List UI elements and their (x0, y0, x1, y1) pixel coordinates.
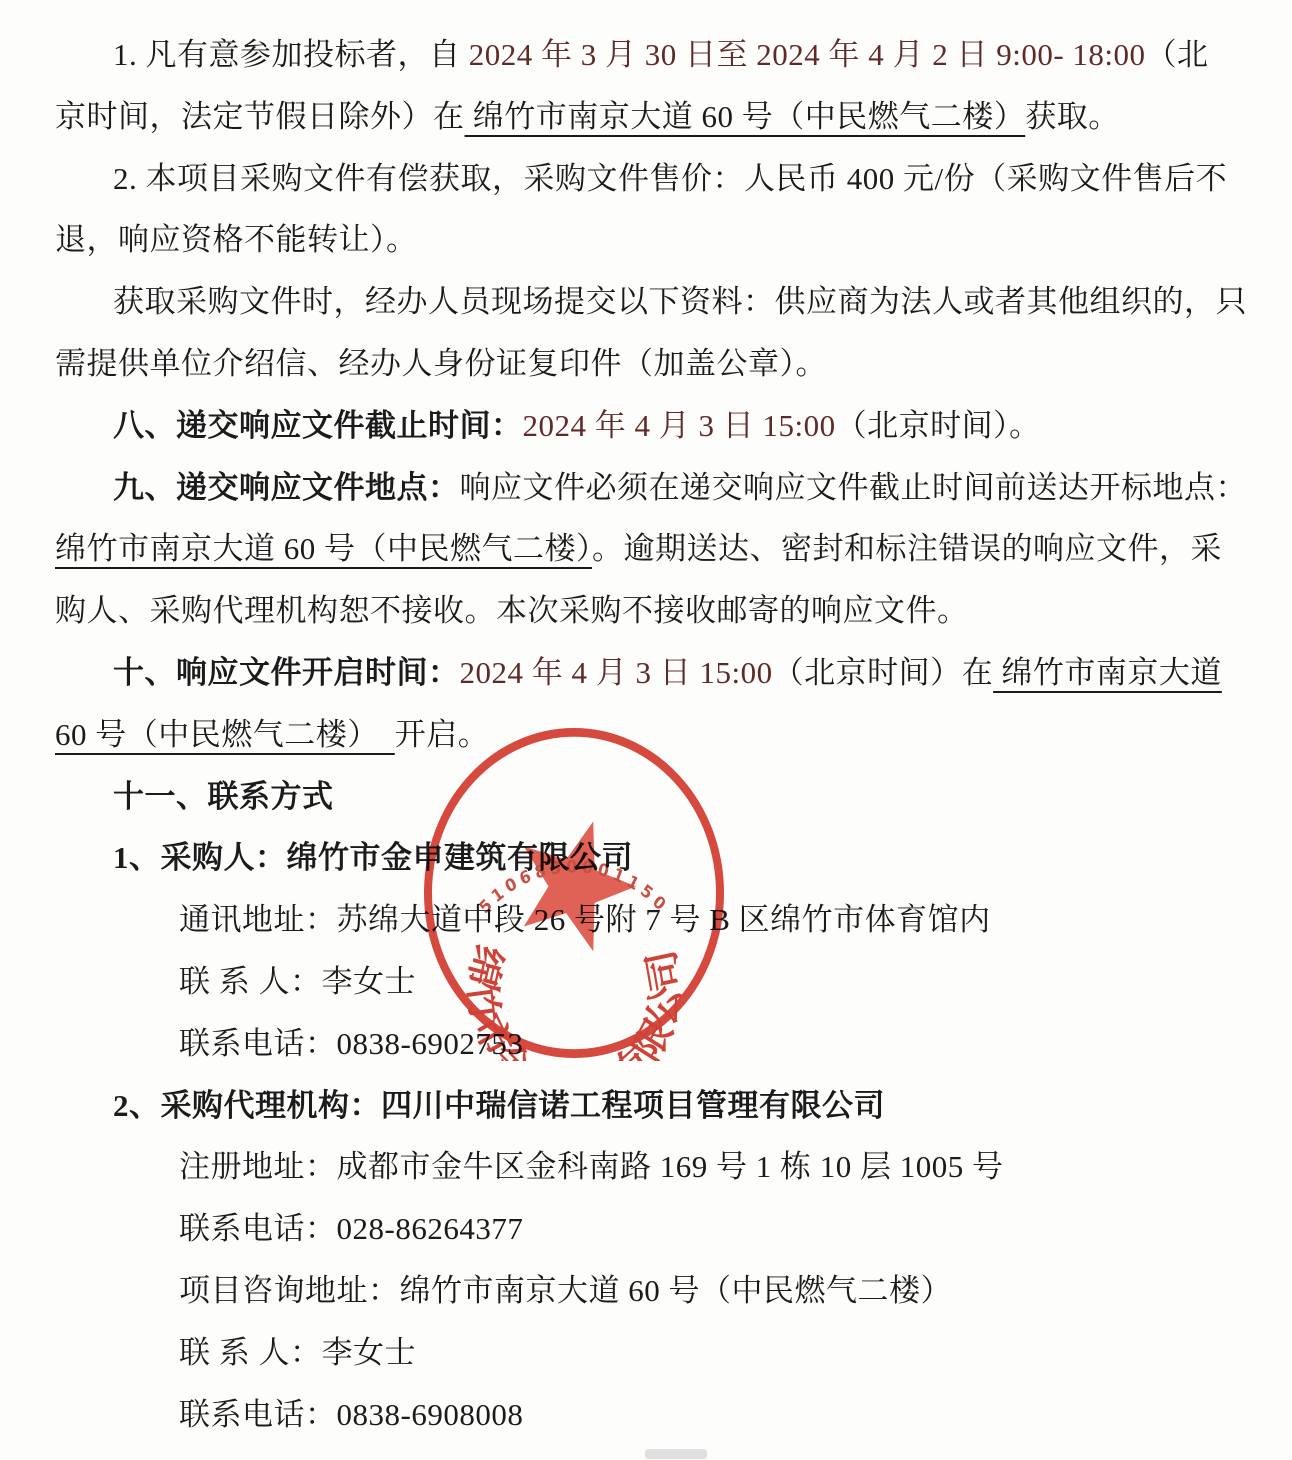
company-seal: 绵竹市金申建筑有限公司 5106830001150 (414, 725, 734, 1061)
text-line: 需提供单位介绍信、经办人身份证复印件（加盖公章）。 (0, 333, 1292, 395)
text-segment-normal: （北 (1146, 37, 1209, 72)
text-line: 八、递交响应文件截止时间：2024 年 4 月 3 日 15:00（北京时间）。 (0, 395, 1292, 457)
text-segment-normal: 项目咨询地址：绵竹市南京大道 60 号（中民燃气二楼） (179, 1273, 952, 1308)
text-segment-bold: 十、响应文件开启时间： (113, 655, 460, 690)
text-segment-normal: 联 系 人：李女士 (179, 964, 416, 999)
text-line: 项目咨询地址：绵竹市南京大道 60 号（中民燃气二楼） (0, 1260, 1292, 1322)
text-line: 2、采购代理机构：四川中瑞信诺工程项目管理有限公司 (0, 1075, 1292, 1137)
text-line: 退，响应资格不能转让）。 (0, 209, 1292, 271)
text-line: 1. 凡有意参加投标者，自 2024 年 3 月 30 日至 2024 年 4 … (0, 24, 1292, 86)
text-segment-underline: 绵竹市南京大道 60 号（中民燃气二楼） (55, 531, 592, 566)
text-segment-normal: 联系电话：0838-6908008 (179, 1397, 523, 1432)
text-segment-normal: 退，响应资格不能转让）。 (55, 222, 418, 257)
text-segment-bold: 2、采购代理机构：四川中瑞信诺工程项目管理有限公司 (113, 1088, 885, 1123)
text-segment-normal: 联 系 人：李女士 (179, 1335, 416, 1370)
text-segment-underline: 绵竹市南京大道 (993, 655, 1222, 690)
text-segment-normal: （北京时间）。 (836, 408, 1041, 443)
text-segment-date: 2024 年 4 月 3 日 15:00 (460, 655, 773, 690)
text-segment-underline: 绵竹市南京大道 60 号（中民燃气二楼） (465, 99, 1026, 134)
seal-company-name: 绵竹市金申建筑有限公司 (460, 940, 688, 1061)
text-segment-underline: 60 号（中民燃气二楼） (55, 717, 395, 752)
text-segment-date: 2024 年 3 月 30 日至 2024 年 4 月 2 日 9:00- 18… (469, 37, 1146, 72)
text-segment-normal: 1. 凡有意参加投标者，自 (113, 37, 469, 72)
text-line: 2. 本项目采购文件有偿获取，采购文件售价：人民币 400 元/份（采购文件售后… (0, 148, 1292, 210)
text-segment-normal: 获取采购文件时，经办人员现场提交以下资料：供应商为法人或者其他组织的，只 (113, 284, 1247, 319)
text-segment-normal: 2. 本项目采购文件有偿获取，采购文件售价：人民币 400 元/份（采购文件售后… (113, 161, 1227, 196)
text-line: 注册地址：成都市金牛区金科南路 169 号 1 栋 10 层 1005 号 (0, 1136, 1292, 1198)
text-segment-bold: 八、递交响应文件截止时间： (113, 408, 523, 443)
text-segment-normal: 响应文件必须在递交响应文件截止时间前送达开标地点： (460, 470, 1248, 505)
text-segment-normal: 注册地址：成都市金牛区金科南路 169 号 1 栋 10 层 1005 号 (179, 1149, 1004, 1184)
text-segment-bold: 九、递交响应文件地点： (113, 470, 460, 505)
text-segment-date: 2024 年 4 月 3 日 15:00 (523, 408, 836, 443)
text-line: 联系电话：028-86264377 (0, 1198, 1292, 1260)
text-line: 十、响应文件开启时间：2024 年 4 月 3 日 15:00（北京时间）在 绵… (0, 642, 1292, 704)
text-line: 京时间，法定节假日除外）在 绵竹市南京大道 60 号（中民燃气二楼）获取。 (0, 86, 1292, 148)
text-segment-bold: 十一、联系方式 (113, 779, 334, 814)
text-segment-normal: 购人、采购代理机构恕不接收。本次采购不接收邮寄的响应文件。 (55, 593, 969, 628)
text-line: 获取采购文件时，经办人员现场提交以下资料：供应商为法人或者其他组织的，只 (0, 271, 1292, 333)
text-line: 九、递交响应文件地点：响应文件必须在递交响应文件截止时间前送达开标地点： (0, 457, 1292, 519)
text-segment-normal: 获取。 (1025, 99, 1120, 134)
text-line: 联系电话：0838-6908008 (0, 1384, 1292, 1446)
text-line: 购人、采购代理机构恕不接收。本次采购不接收邮寄的响应文件。 (0, 580, 1292, 642)
text-segment-normal: 联系电话：028-86264377 (179, 1211, 523, 1246)
text-segment-normal: 京时间，法定节假日除外）在 (55, 99, 465, 134)
text-line: 绵竹市南京大道 60 号（中民燃气二楼）。逾期送达、密封和标注错误的响应文件，采 (0, 518, 1292, 580)
scan-artifact (645, 1449, 707, 1459)
text-segment-normal: 。逾期送达、密封和标注错误的响应文件，采 (592, 531, 1222, 566)
text-segment-normal: （北京时间）在 (773, 655, 994, 690)
text-segment-normal: 需提供单位介绍信、经办人身份证复印件（加盖公章）。 (55, 346, 827, 381)
text-line: 联 系 人：李女士 (0, 1322, 1292, 1384)
